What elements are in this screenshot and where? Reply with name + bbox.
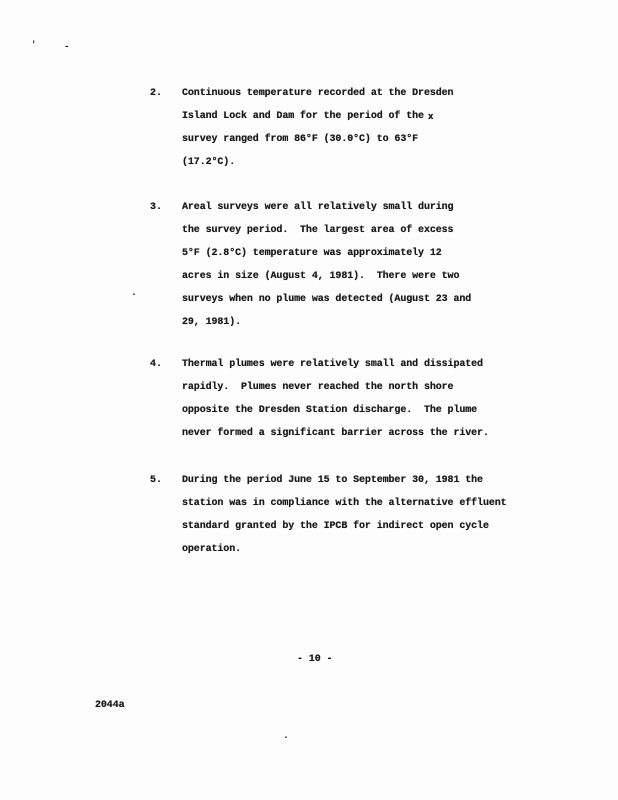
document-page: 2. Continuous temperature recorded at th… [0,0,618,800]
text-line: 29, 1981). [182,311,471,334]
page-number: - 10 - [297,653,332,667]
text-line: rapidly. Plumes never reached the north … [182,376,489,399]
item-text: Continuous temperature recorded at the D… [182,82,453,174]
text-line: Areal surveys were all relatively small … [182,196,471,219]
text-line: Island Lock and Dam for the period of th… [182,105,453,128]
item-text: During the period June 15 to September 3… [182,469,507,561]
item-number: 4. [150,353,162,376]
text-line: opposite the Dresden Station discharge. … [182,399,489,422]
scan-speck: ' [31,40,36,50]
text-line: station was in compliance with the alter… [182,492,507,515]
text-line: Continuous temperature recorded at the D… [182,82,453,105]
text-line: operation. [182,538,507,561]
text-line: 5°F (2.8°C) temperature was approximatel… [182,242,471,265]
item-text: Thermal plumes were relatively small and… [182,353,489,445]
item-text: Areal surveys were all relatively small … [182,196,471,334]
text-line: survey ranged from 86°F (30.0°C) to 63°F [182,128,453,151]
text-line: the survey period. The largest area of e… [182,219,471,242]
text-line: surveys when no plume was detected (Augu… [182,288,471,311]
item-number: 3. [150,196,162,219]
text-line: During the period June 15 to September 3… [182,469,507,492]
scan-speck: - [64,42,69,52]
text-line: standard granted by the IPCB for indirec… [182,515,507,538]
document-code: 2044a [95,699,125,713]
stray-typed-mark: x [428,112,433,122]
item-number: 5. [150,469,162,492]
text-line: Thermal plumes were relatively small and… [182,353,489,376]
text-line: (17.2°C). [182,151,453,174]
scan-speck: . [283,731,289,742]
scan-speck: . [131,288,137,299]
item-number: 2. [150,82,162,105]
text-line: acres in size (August 4, 1981). There we… [182,265,471,288]
text-line: never formed a significant barrier acros… [182,422,489,445]
